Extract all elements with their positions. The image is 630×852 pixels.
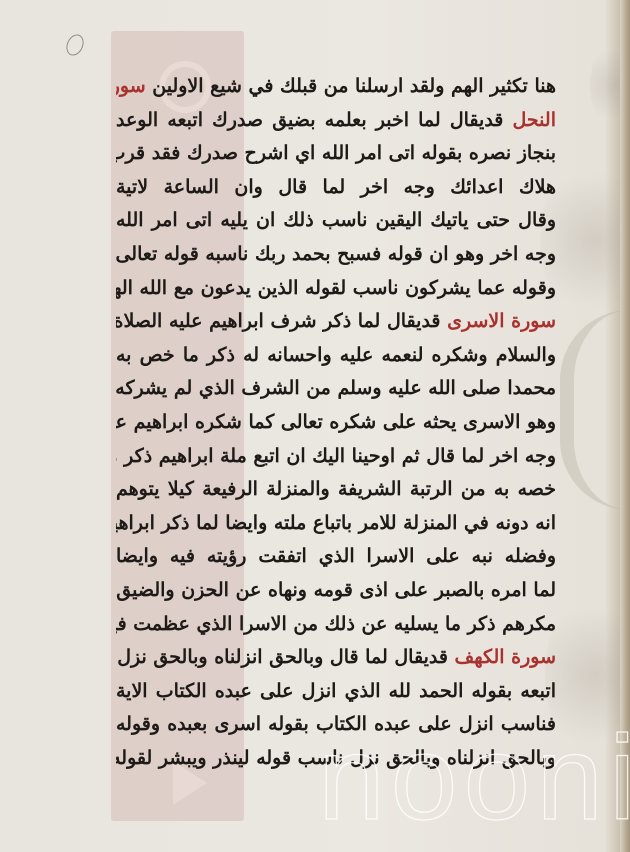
text-line: وجه اخر وهو ان قوله فسبح بحمد ربك ناسبه …: [116, 238, 556, 272]
text-line: سورة الكهف قديقال لما قال وبالحق انزلناه…: [116, 641, 556, 675]
rubric-heading: سورة الاسرى: [447, 310, 556, 332]
text-line: النحل قديقال لما اخبر بعلمه بضيق صدرك ات…: [116, 104, 556, 138]
text-line: سورة الاسرى قديقال لما ذكر شرف ابراهيم ع…: [116, 305, 556, 339]
text-line: هنا تكثير الهم ولقد ارسلنا من قبلك في شي…: [116, 70, 556, 104]
text-line: انه دونه في المنزلة للامر باتباع ملته وا…: [116, 507, 556, 541]
text-line: وفضله نبه على الاسرا الذي اتفقت رؤيته في…: [116, 540, 556, 574]
text-line: مكرهم ذكر ما يسليه عن ذلك من الاسرا الذي…: [116, 608, 556, 642]
rubric-heading: سورة الكهف: [455, 646, 556, 668]
text-line: والسلام وشكره لنعمه عليه واحسانه له ذكر …: [116, 339, 556, 373]
text-line: بنجاز نصره بقوله اتى امر الله اي اشرح صد…: [116, 137, 556, 171]
text-line: لما امره بالصبر على اذى قومه ونهاه عن ال…: [116, 574, 556, 608]
manuscript-page: هنا تكثير الهم ولقد ارسلنا من قبلك في شي…: [0, 0, 630, 852]
text-line: هلاك اعدائك وجه اخر لما قال وان الساعة ل…: [116, 171, 556, 205]
noonin-watermark-wordmark: noonin: [318, 718, 630, 838]
rubric-heading: سورة: [116, 75, 146, 97]
text-line: وهو الاسرى يحثه على شكره تعالى كما شكره …: [116, 406, 556, 440]
rubric-heading: النحل: [513, 109, 556, 131]
text-line: خصه به من الرتبة الشريفة والمنزلة الرفيع…: [116, 473, 556, 507]
folio-mark: [63, 32, 87, 59]
text-line: وقوله عما يشركون ناسب لقوله الذين يدعون …: [116, 272, 556, 306]
manuscript-text-block: هنا تكثير الهم ولقد ارسلنا من قبلك في شي…: [116, 70, 556, 775]
text-line: محمدا صلى الله عليه وسلم من الشرف الذي ل…: [116, 372, 556, 406]
text-line: وقال حتى ياتيك اليقين ناسب ذلك ان يليه ا…: [116, 204, 556, 238]
text-line: اتبعه بقوله الحمد لله الذي انزل على عبده…: [116, 675, 556, 709]
text-line: وجه اخر لما قال ثم اوحينا اليك ان اتبع م…: [116, 440, 556, 474]
